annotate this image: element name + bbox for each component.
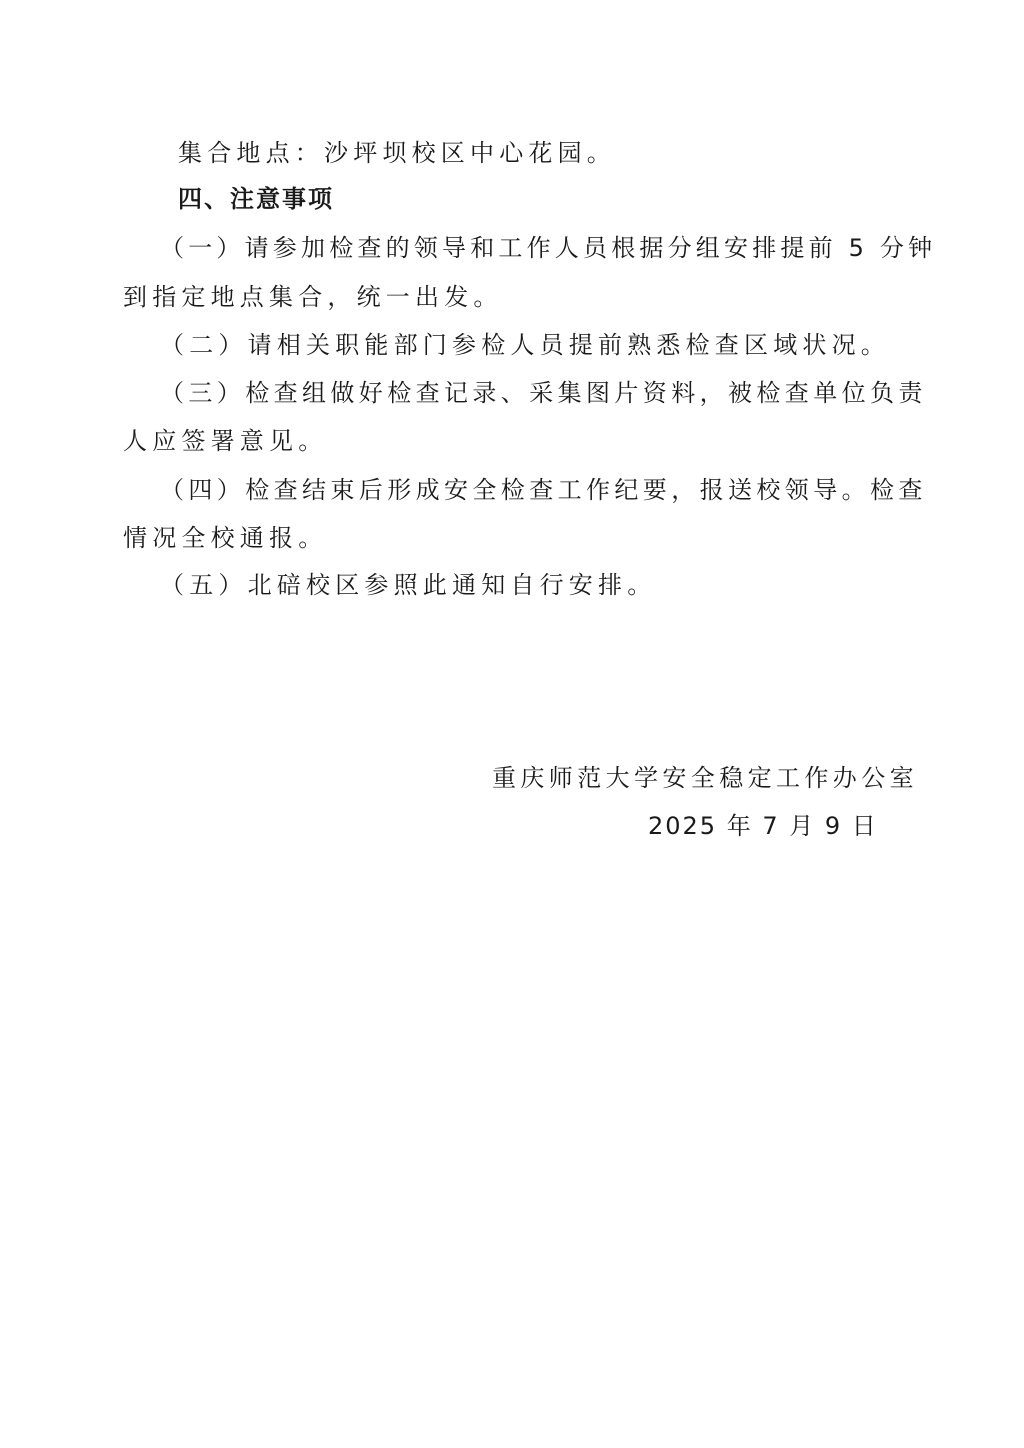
signature-date: 2025 年 7 月 9 日 bbox=[648, 810, 878, 842]
item-4-line-2: 情况全校通报。 bbox=[123, 522, 327, 554]
item-3-line-1: （三）检查组做好检查记录、采集图片资料，被检查单位负责 bbox=[160, 377, 927, 409]
item-4-line-1: （四）检查结束后形成安全检查工作纪要，报送校领导。检查 bbox=[160, 474, 927, 506]
signature-organization: 重庆师范大学安全稳定工作办公室 bbox=[492, 762, 918, 794]
item-1-line-2: 到指定地点集合，统一出发。 bbox=[123, 281, 503, 313]
section-heading: 四、注意事项 bbox=[178, 183, 334, 215]
item-5-line-1: （五）北碚校区参照此通知自行安排。 bbox=[160, 569, 656, 601]
item-1-line-1: （一）请参加检查的领导和工作人员根据分组安排提前 5 分钟 bbox=[160, 232, 936, 264]
item-2-line-1: （二）请相关职能部门参检人员提前熟悉检查区域状况。 bbox=[160, 329, 890, 361]
meeting-place-text: 集合地点：沙坪坝校区中心花园。 bbox=[178, 137, 616, 169]
item-3-line-2: 人应签署意见。 bbox=[123, 425, 327, 457]
